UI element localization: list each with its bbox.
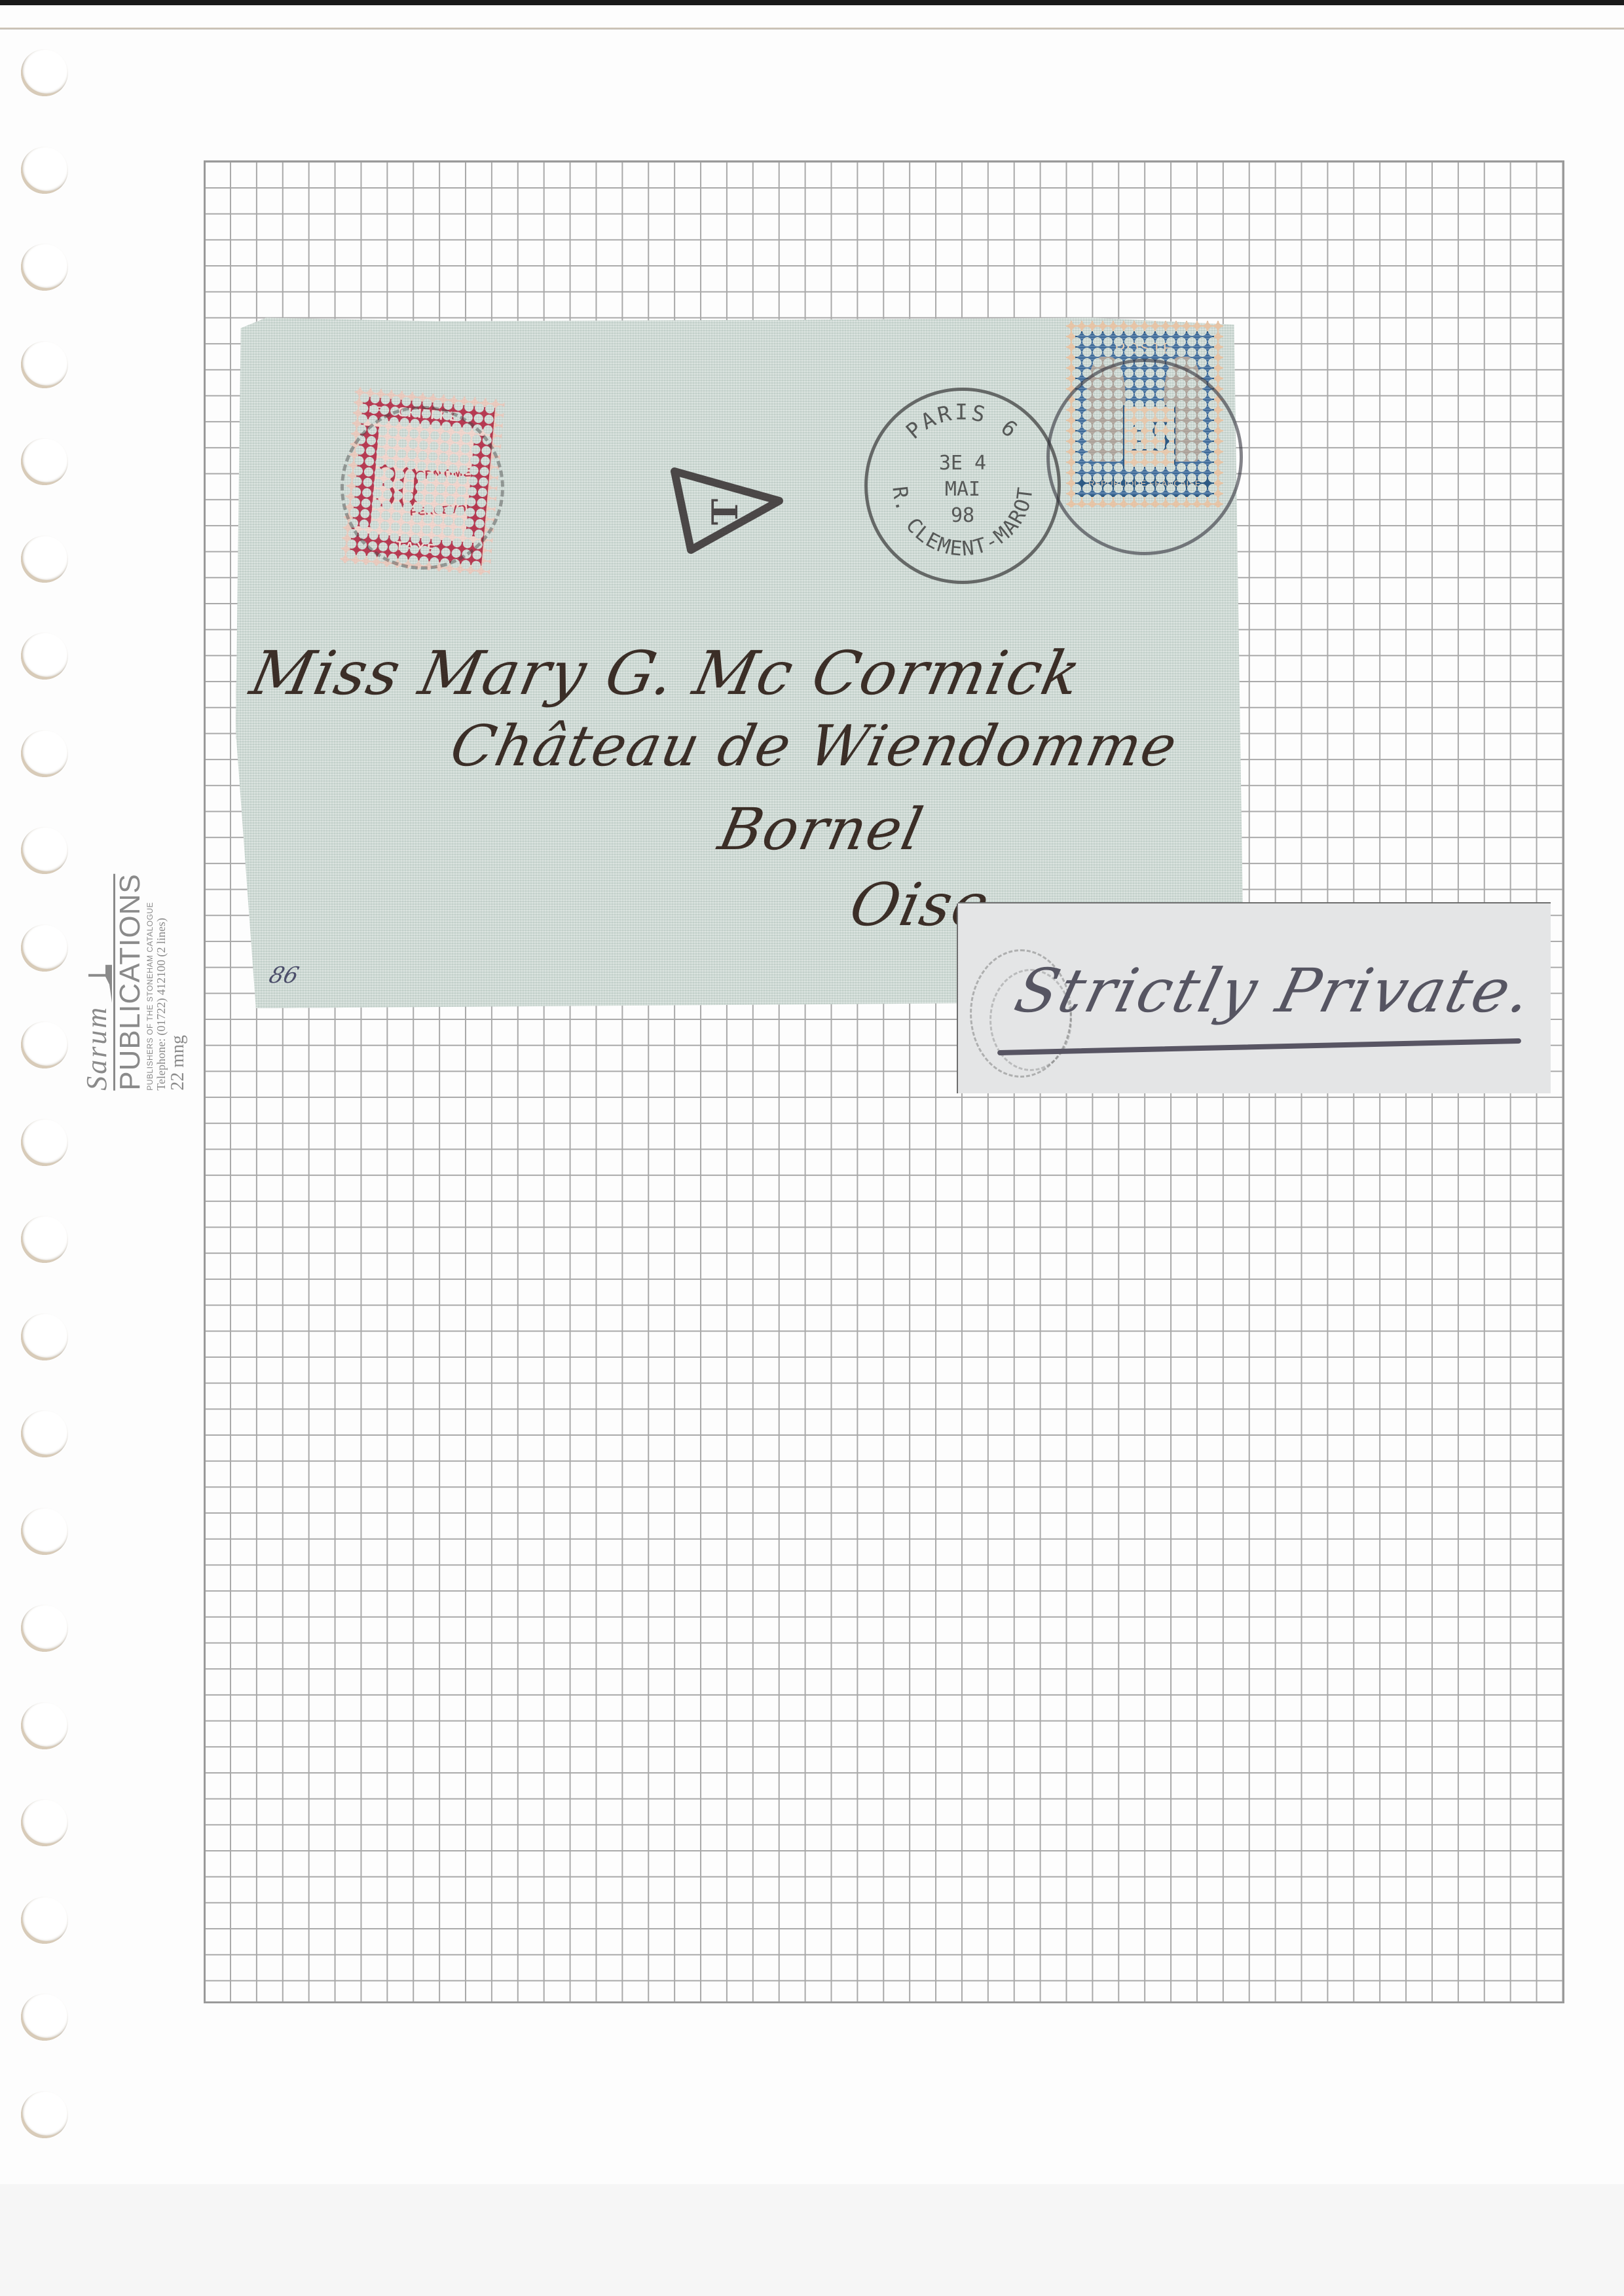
punch-hole: [21, 1410, 68, 1457]
punch-hole: [21, 632, 68, 680]
publisher-imprint: Sarum PUBLICATIONS PUBLISHERS OF THE STO…: [80, 873, 189, 1090]
punch-hole: [21, 438, 68, 485]
publisher-subtitle: PUBLISHERS OF THE STONEHAM CATALOGUE: [145, 873, 155, 1090]
punch-hole: [21, 536, 68, 583]
punch-hole: [21, 1313, 68, 1360]
postmark-year: 98: [868, 503, 1058, 528]
punch-hole: [21, 827, 68, 874]
address-line-3: Bornel: [713, 795, 930, 863]
punch-hole: [21, 1119, 68, 1166]
punch-hole: [21, 1994, 68, 2041]
cathedral-spire-icon: [86, 964, 113, 1003]
due-stamp-cancel: [341, 406, 504, 570]
stamp-header: POSTE: [1077, 340, 1212, 358]
punch-hole: [21, 1216, 68, 1263]
postmark-stamp-tie: [1046, 359, 1243, 555]
punch-hole: [21, 1021, 68, 1068]
svg-text:T: T: [704, 499, 746, 525]
punch-hole: [21, 1799, 68, 1846]
tax-triangle-mark: T: [668, 465, 786, 556]
page-top-edge: [0, 27, 1624, 29]
due-stamp-corner-mark: RF: [369, 403, 382, 415]
address-line-1: Miss Mary G. Mc Cormick: [245, 638, 1088, 708]
punch-hole: [21, 1508, 68, 1555]
publisher-brand: Sarum: [80, 1006, 113, 1091]
punch-hole: [21, 1897, 68, 1944]
punch-hole: [21, 49, 68, 96]
underline: [997, 1038, 1521, 1055]
punch-hole: [21, 147, 68, 194]
punch-hole: [21, 244, 68, 291]
postmark-paris: PARIS 6 R. CLEMENT-MAROT 3E 4 MAI 98: [864, 388, 1061, 584]
scan-margin: [0, 2184, 1624, 2296]
punch-hole: [21, 924, 68, 972]
address-line-2: Château de Wiendomme: [445, 714, 1183, 779]
punch-hole: [21, 341, 68, 388]
strictly-private-inset: Strictly Private.: [958, 903, 1551, 1093]
punch-hole: [21, 1605, 68, 1652]
publisher-name: PUBLICATIONS: [113, 873, 145, 1090]
svg-text:PARIS 6: PARIS 6: [901, 399, 1025, 445]
scan-edge: [0, 0, 1624, 5]
postmark-time: 3E 4: [868, 451, 1058, 476]
publisher-telephone: Telephone: (01722) 412100 (2 lines): [155, 873, 168, 1090]
punch-hole: [21, 1702, 68, 1749]
punch-hole: [21, 730, 68, 777]
postmark-month: MAI: [868, 477, 1058, 502]
strictly-private-text: Strictly Private.: [1008, 956, 1541, 1026]
punch-hole: [21, 2091, 68, 2138]
paper-weight: 22 mng: [168, 873, 189, 1090]
